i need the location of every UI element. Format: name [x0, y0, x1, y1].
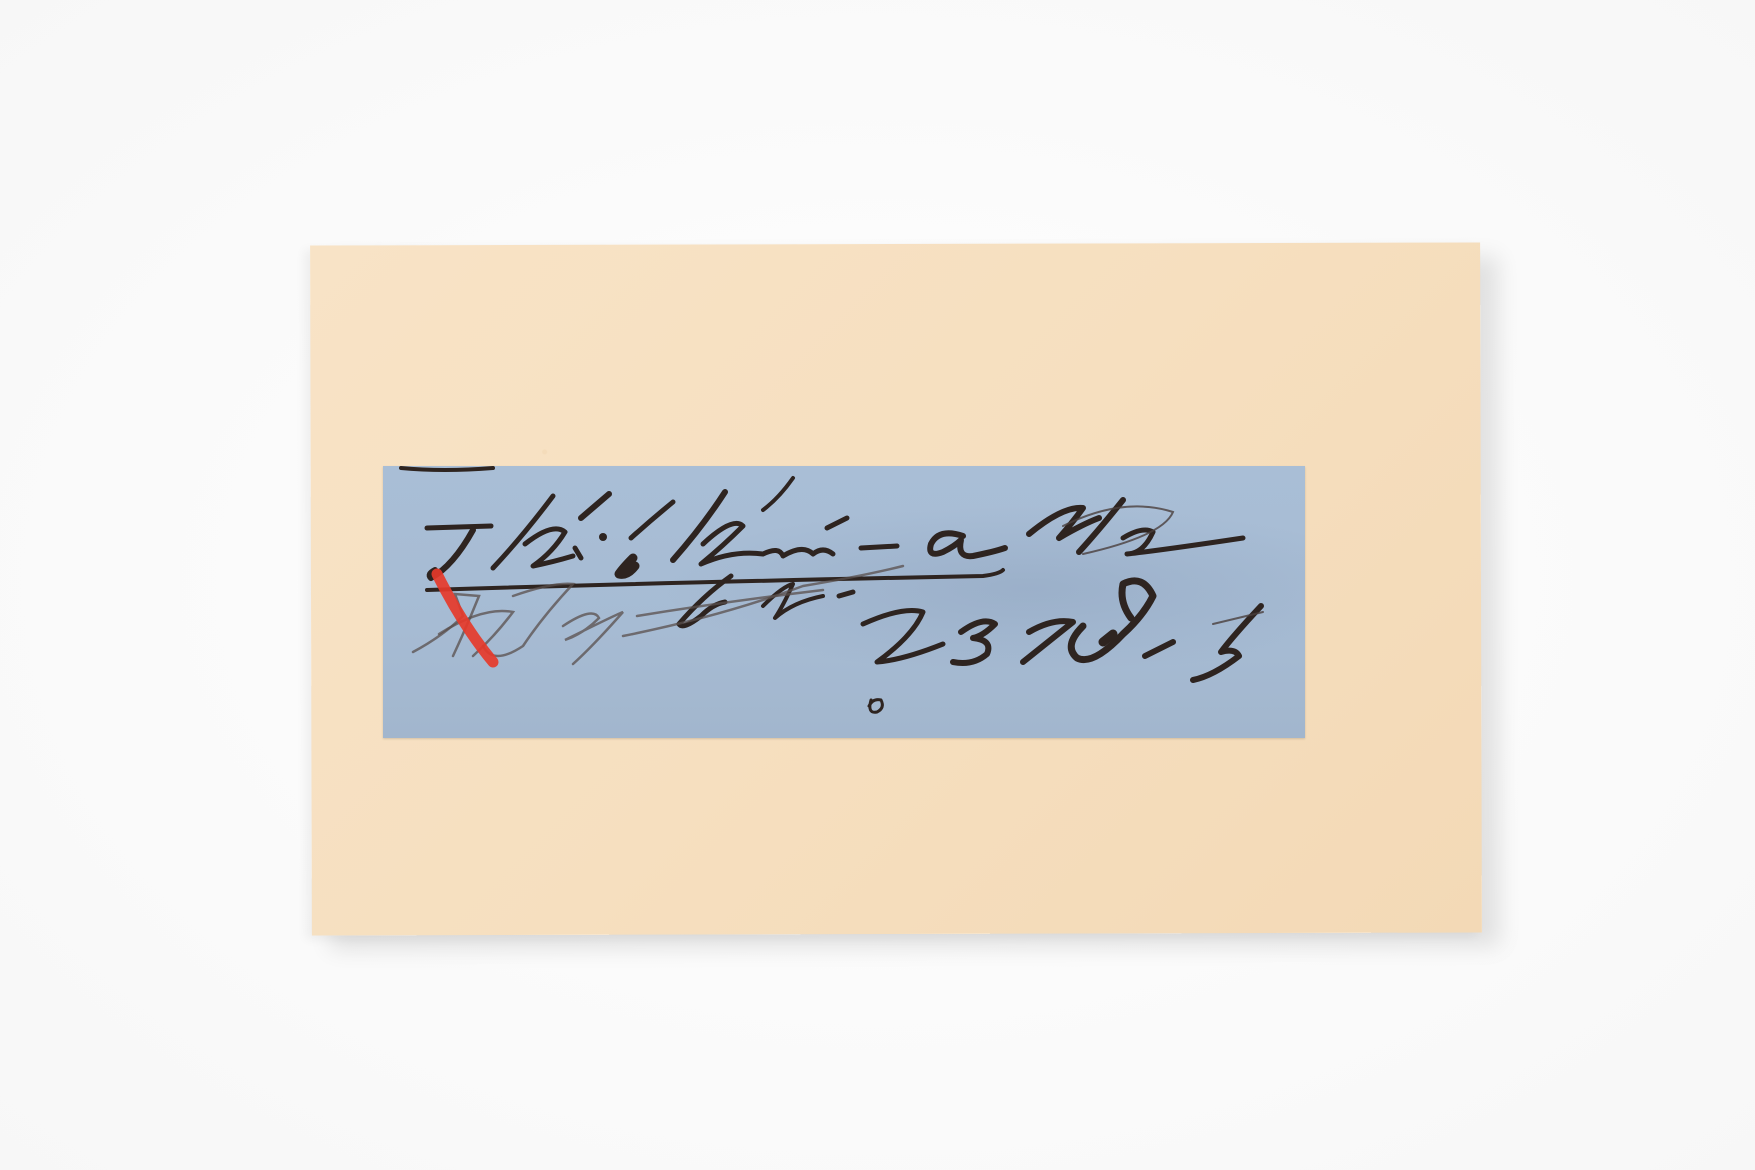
line1-script: [427, 478, 1005, 578]
top-edge-ink: [401, 468, 493, 470]
line2-number-script: [863, 581, 1263, 680]
blue-paper-slip: Thi' !Kanni-a No Cell° 2378 1 HTkp 6 red…: [383, 466, 1305, 738]
photo-scene: Thi' !Kanni-a No Cell° 2378 1 HTkp 6 red…: [0, 0, 1755, 1170]
handwriting-strokes: [383, 466, 1305, 738]
footer-mark: [869, 700, 882, 713]
line1-superscript-script: [1029, 500, 1243, 554]
